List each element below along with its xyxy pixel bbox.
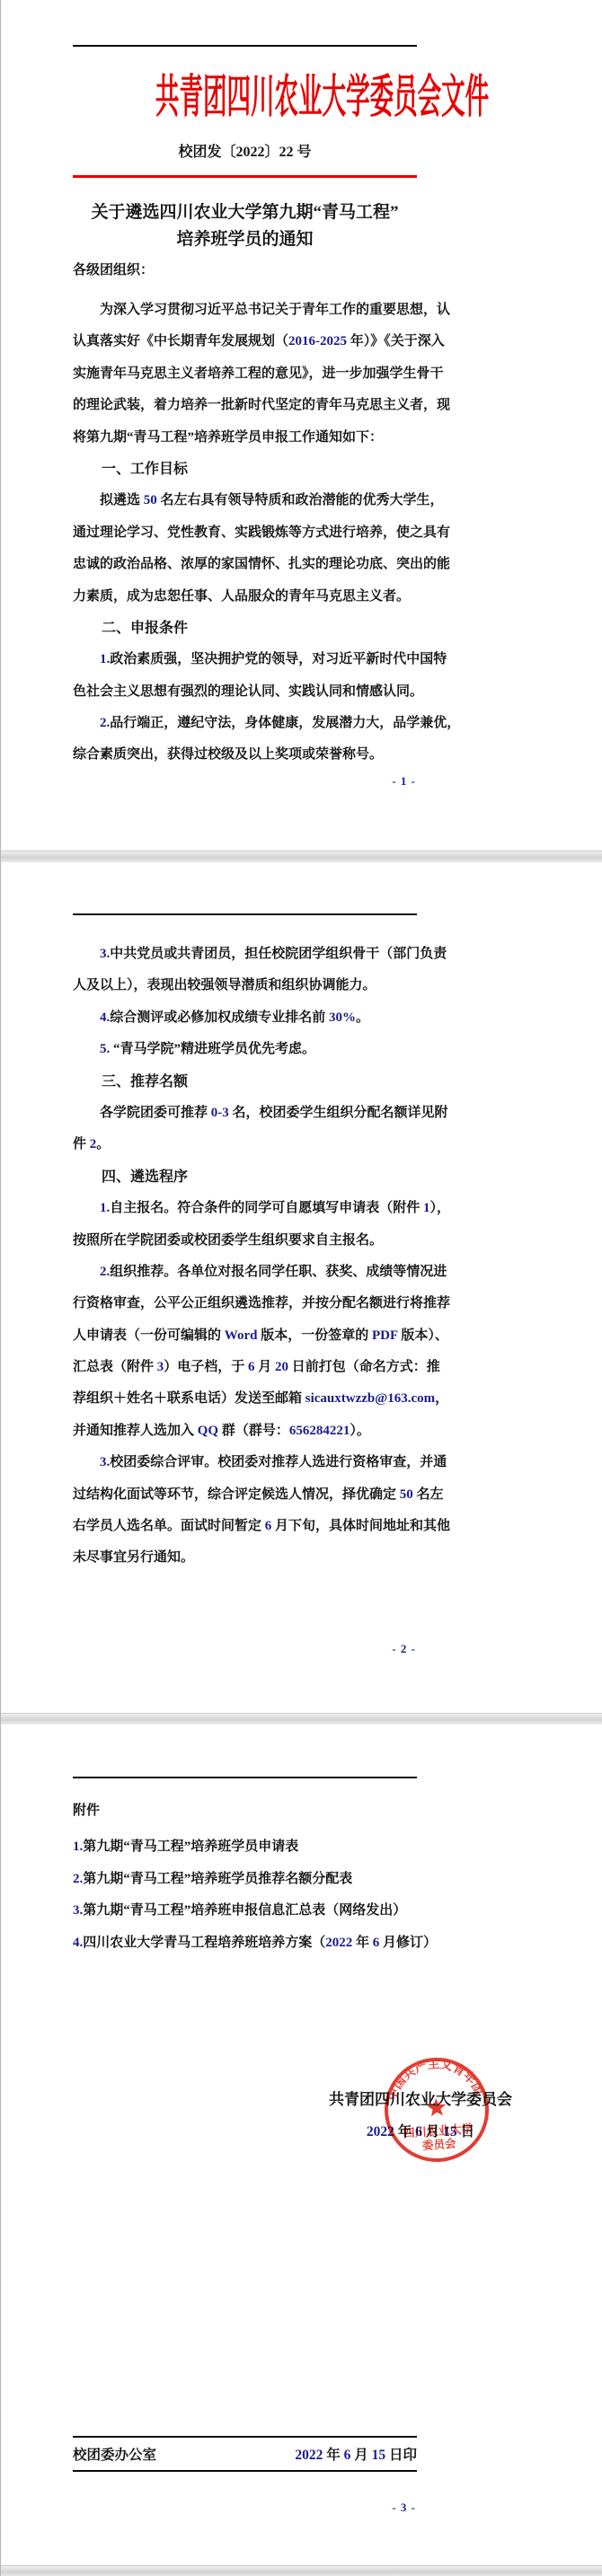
page-number-2: - 2 - bbox=[392, 1642, 416, 1656]
body-line: 实施青年马克思主义者培养工程的意见》，进一步加强学生骨干 bbox=[73, 358, 417, 390]
body-line: 并通知推荐人选加入 QQ 群（群号：656284221）。 bbox=[73, 1416, 417, 1447]
body-line: 3.校团委综合评审。校团委对推荐人选进行资格审查，并通 bbox=[73, 1447, 417, 1478]
red-separator-rule bbox=[73, 175, 417, 178]
footer-rule-bottom bbox=[73, 2470, 417, 2472]
seal-graphic: 中国共产主义青年团 四川农业大学 委员会 bbox=[378, 2051, 495, 2168]
page-separator bbox=[1, 851, 602, 862]
page3-top-rule bbox=[73, 1777, 417, 1778]
page-1: 共青团四川农业大学委员会文件 校团发〔2022〕22 号 关于遴选四川农业大学第… bbox=[1, 0, 602, 851]
seal-university-text: 四川农业大学 bbox=[403, 2122, 474, 2139]
body-line: 各学院团委可推荐 0-3 名，校团委学生组织分配名额详见附 bbox=[73, 1098, 417, 1129]
body-line: 为深入学习贯彻习近平总书记关于青年工作的重要思想，认 bbox=[73, 295, 417, 326]
seal-arc-text: 中国共产主义青年团 bbox=[381, 2053, 487, 2104]
page2-top-rule bbox=[73, 913, 417, 915]
body-line: 人申请表（一份可编辑的 Word 版本，一份签章的 PDF 版本）、 bbox=[73, 1320, 417, 1352]
attachment-item: 2.第九期“青马工程”培养班学员推荐名额分配表 bbox=[73, 1864, 417, 1896]
section-heading-1: 一、工作目标 bbox=[73, 454, 417, 485]
body-line: 的理论武装，着力培养一批新时代坚定的青年马克思主义者，现 bbox=[73, 390, 417, 421]
attachments-block: 附件 1.第九期“青马工程”培养班学员申请表 2.第九期“青马工程”培养班学员推… bbox=[73, 1799, 417, 1959]
seal-star-icon bbox=[427, 2097, 447, 2116]
body-line: 行资格审查，公平公正组织遴选推荐，并按分配名额进行将推荐 bbox=[73, 1288, 417, 1319]
section-heading-4: 四、遴选程序 bbox=[73, 1161, 417, 1193]
body-line: 荐组织＋姓名＋联系电话）发送至邮箱 sicauxtwzzb@163.com， bbox=[73, 1383, 417, 1415]
body-line: 2.品行端正，遵纪守法，身体健康，发展潜力大，品学兼优， bbox=[73, 708, 417, 739]
body-line: 拟遴选 50 名左右具有领导特质和政治潜能的优秀大学生， bbox=[73, 485, 417, 516]
attachment-item: 1.第九期“青马工程”培养班学员申请表 bbox=[73, 1831, 417, 1864]
body-line: 色社会主义思想有强烈的理论认同、实践认同和情感认同。 bbox=[73, 676, 417, 708]
footer-office: 校团委办公室 bbox=[73, 2444, 156, 2464]
body-line: 汇总表（附件 3）电子档，于 6 月 20 日前打包（命名方式：推 bbox=[73, 1352, 417, 1383]
body-line: 综合素质突出，获得过校级及以上奖项或荣誉称号。 bbox=[73, 739, 417, 771]
body-line: 过结构化面试等环节，综合评定候选人情况，择优确定 50 名左 bbox=[73, 1479, 417, 1511]
page1-top-rule bbox=[73, 45, 417, 47]
attachment-item: 4.四川农业大学青马工程培养班培养方案（2022 年 6 月修订） bbox=[73, 1928, 417, 1960]
seal-committee-text: 委员会 bbox=[421, 2137, 456, 2153]
section-heading-2: 二、申报条件 bbox=[73, 613, 417, 644]
body-line: 按照所在学院团委或校团委学生组织要求自主报名。 bbox=[73, 1225, 417, 1257]
body-line: 2.组织推荐。各单位对报名同学任职、获奖、成绩等情况进 bbox=[73, 1257, 417, 1288]
body-line: 4.综合测评或必修加权成绩专业排名前 30%。 bbox=[73, 1002, 417, 1034]
page-2: 3.中共党员或共青团员，担任校院团学组织骨干（部门负责 人及以上），表现出较强领… bbox=[1, 862, 602, 1713]
notice-title-line1: 关于遴选四川农业大学第九期“青马工程” bbox=[73, 199, 417, 226]
body-line: 认真落实好《中长期青年发展规划（2016-2025 年）》《关于深入 bbox=[73, 326, 417, 357]
body-line: 3.中共党员或共青团员，担任校院团学组织骨干（部门负责 bbox=[73, 939, 417, 970]
footer-rule-top bbox=[73, 2436, 417, 2438]
page-separator bbox=[1, 2565, 602, 2576]
page2-body: 3.中共党员或共青团员，担任校院团学组织骨干（部门负责 人及以上），表现出较强领… bbox=[73, 939, 417, 1575]
body-line: 人及以上），表现出较强领导潜质和组织协调能力。 bbox=[73, 970, 417, 1001]
notice-title-line2: 培养班学员的通知 bbox=[73, 226, 417, 253]
body-line: 1.自主报名。符合条件的同学可自愿填写申请表（附件 1）， bbox=[73, 1193, 417, 1224]
notice-title: 关于遴选四川农业大学第九期“青马工程” 培养班学员的通知 bbox=[73, 199, 417, 253]
body-line: 5. “青马学院”精进班学员优先考虑。 bbox=[73, 1034, 417, 1065]
body-line: 右学员人选名单。面试时间暂定 6 月下旬，具体时间地址和其他 bbox=[73, 1511, 417, 1542]
section-heading-3: 三、推荐名额 bbox=[73, 1066, 417, 1098]
page-3: 附件 1.第九期“青马工程”培养班学员申请表 2.第九期“青马工程”培养班学员推… bbox=[1, 1725, 602, 2565]
official-red-seal: 中国共产主义青年团 四川农业大学 委员会 bbox=[378, 2051, 495, 2168]
body-line: 通过理论学习、党性教育、实践锻炼等方式进行培养，使之具有 bbox=[73, 517, 417, 549]
document-number: 校团发〔2022〕22 号 bbox=[73, 140, 417, 161]
red-header-banner: 共青团四川农业大学委员会文件 bbox=[155, 70, 334, 126]
body-line: 忠诚的政治品格、浓厚的家国情怀、扎实的理论功底、突出的能 bbox=[73, 549, 417, 580]
salutation: 各级团组织： bbox=[73, 255, 417, 295]
body-line: 力素质，成为忠恕任事、人品服众的青年马克思主义者。 bbox=[73, 581, 417, 613]
body-line: 将第九期“青马工程”培养班学员申报工作通知如下： bbox=[73, 422, 417, 454]
page-number-3: - 3 - bbox=[392, 2501, 416, 2515]
attachments-label: 附件 bbox=[73, 1799, 417, 1831]
body-line: 1.政治素质强，坚决拥护党的领导，对习近平新时代中国特 bbox=[73, 644, 417, 675]
document-scan-viewport: { "colors": { "header_red": "#e60000", "… bbox=[0, 0, 602, 2576]
page1-body: 各级团组织： 为深入学习贯彻习近平总书记关于青年工作的重要思想，认 认真落实好《… bbox=[73, 255, 417, 772]
page-separator bbox=[1, 1713, 602, 1725]
attachment-item: 3.第九期“青马工程”培养班申报信息汇总表（网络发出） bbox=[73, 1895, 417, 1928]
body-line: 件 2。 bbox=[73, 1129, 417, 1160]
body-line: 未尽事宜另行通知。 bbox=[73, 1542, 417, 1574]
footer-row: 校团委办公室 2022 年 6 月 15 日印 bbox=[73, 2444, 417, 2464]
footer-print-date: 2022 年 6 月 15 日印 bbox=[295, 2444, 417, 2464]
page-number-1: - 1 - bbox=[392, 774, 416, 789]
